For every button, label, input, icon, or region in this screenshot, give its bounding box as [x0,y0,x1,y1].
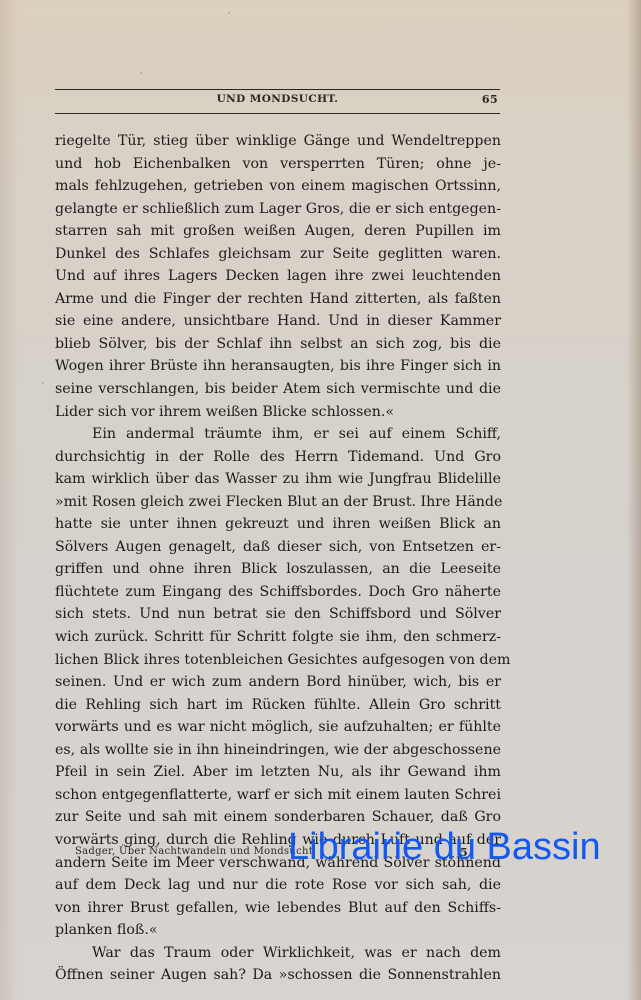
text-line: hatte sie unter ihnen gekreuzt und ihren… [55,513,501,536]
text-line: starren sah mit großen weißen Augen, der… [55,220,501,243]
running-head-title: UND MONDSUCHT. [55,93,500,105]
paragraph-start-line: War das Traum oder Wirklichkeit, was er … [55,942,501,965]
text-line: seinen. Und er wich zum andern Bord hinü… [55,671,501,694]
signature-line: Sadger, Über Nachtwandeln und Mondsucht. [75,846,317,857]
text-line: auf dem Deck lag und nur die rote Rose v… [55,874,501,897]
text-line: sich stets. Und nun betrat sie den Schif… [55,603,501,626]
text-line: sie eine andere, unsichtbare Hand. Und i… [55,310,501,333]
text-line: »mit Rosen gleich zwei Flecken Blut an d… [55,491,501,514]
text-line: lichen Blick ihres totenbleichen Gesicht… [55,649,501,672]
book-page: UND MONDSUCHT. 65 riegelte Tür, stieg üb… [0,0,641,1000]
header-rule-top [55,89,500,90]
header-rule-bottom [55,113,500,114]
text-line: schon entgegenflatterte, warf er sich mi… [55,784,501,807]
watermark: Librairie du Bassin [288,824,601,870]
text-line: vorwärts und es war nicht möglich, sie a… [55,716,501,739]
text-line: blieb Sölver, bis der Schlaf ihn selbst … [55,333,501,356]
text-line: mals fehlzugehen, getrieben von einem ma… [55,175,501,198]
text-line: kam wirklich über das Wasser zu ihm wie … [55,468,501,491]
paper-speck [228,12,230,14]
page-number: 65 [482,93,498,106]
text-line: Öffnen seiner Augen sah? Da »schossen di… [55,964,501,987]
text-line: riegelte Tür, stieg über winklige Gänge … [55,130,501,153]
text-line: gelangte er schließlich zum Lager Gros, … [55,198,501,221]
text-line: wich zurück. Schritt für Schritt folgte … [55,626,501,649]
text-line: und hob Eichenbalken von versperrten Tür… [55,153,501,176]
text-line: seine verschlangen, bis beider Atem sich… [55,378,501,401]
text-line: Pfeil in sein Ziel. Aber im letzten Nu, … [55,761,501,784]
text-line: flüchtete zum Eingang des Schiffsbordes.… [55,581,501,604]
paper-speck [42,382,44,384]
running-head: UND MONDSUCHT. 65 [55,93,500,109]
text-line: Arme und die Finger der rechten Hand zit… [55,288,501,311]
paper-speck [140,72,142,74]
text-line: planken floß.« [55,919,501,942]
text-line: Wogen ihrer Brüste ihn heransaugten, bis… [55,355,501,378]
text-line: griffen und ohne ihren Blick loszulassen… [55,558,501,581]
text-line: die Rehling sich hart im Rücken fühlte. … [55,694,501,717]
text-line: durchsichtig in der Rolle des Herrn Tide… [55,446,501,469]
paragraph-start-line: Ein andermal träumte ihm, er sei auf ein… [55,423,501,446]
text-line: Sölvers Augen genagelt, daß dieser sich,… [55,536,501,559]
text-line: es, als wollte sie in ihn hineindringen,… [55,739,501,762]
text-line: Lider sich vor ihrem weißen Blicke schlo… [55,401,501,424]
text-line: von ihrer Brust gefallen, wie lebendes B… [55,897,501,920]
text-line: Und auf ihres Lagers Decken lagen ihre z… [55,265,501,288]
text-line: Dunkel des Schlafes gleichsam zur Seite … [55,243,501,266]
